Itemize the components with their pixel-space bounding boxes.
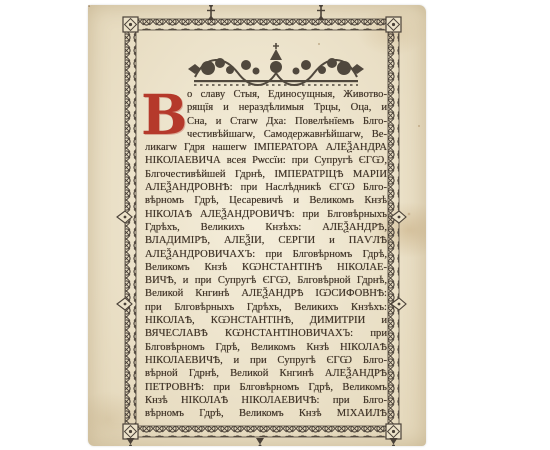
text-line: о славу Стыя, Единосущныя, Животво- xyxy=(145,88,387,101)
drop-ornament-icon xyxy=(256,438,264,446)
drop-ornament-icon xyxy=(390,438,398,446)
text-line: Блгочестивѣйшей Гдрнѣ, ІМПЕРАТРІЦѢ МАРІИ xyxy=(145,168,387,181)
text-line: честивѣйшагѡ, Самодержавнѣйшагѡ, Ве- xyxy=(145,128,387,141)
cross-finial-icon xyxy=(317,5,325,20)
text-line: при Блговѣрныхъ Гдрѣхъ, Великихъ Кнзѣхъ: xyxy=(145,301,387,314)
text-line: Великомъ Кнзѣ КѠНСТАНТІНѢ НІКОЛАЕ- xyxy=(145,261,387,274)
text-line: рящїя и нераздѣлимыя Трцы, Оца, и xyxy=(145,101,387,114)
text-line: Сна, и Стагѡ Дха: Повелѣнїемъ Блго- xyxy=(145,115,387,128)
text-line: Великой Кнгинѣ АЛЕѮАНДРѢ ІѠСИФОВНѢ: xyxy=(145,287,387,300)
text-line: ВЯЧЕСЛАВѢ КѠНСТАНТІНОВИЧАХЪ: при xyxy=(145,327,387,340)
drop-ornament-icon xyxy=(127,438,135,446)
text-block: о славу Стыя, Единосущныя, Животво- рящї… xyxy=(145,88,387,420)
text-line: НІКОЛАЕВИЧѢ, и при Супругѣ ЄГѠ Блго- xyxy=(145,354,387,367)
text-line: Гдрѣхъ, Великихъ Кнзѣхъ: АЛЕѮАНДРѢ, xyxy=(145,221,387,234)
book-page: В о славу Стыя, Единосущныя, Животво- ря… xyxy=(88,5,426,446)
corner-knot-icon xyxy=(386,17,401,32)
text-line: АЛЕѮАНДРОВИЧАХЪ: при Блговѣрномъ Гдрѣ, xyxy=(145,248,387,261)
text-line: ПЕТРОВНѢ: при Блговѣрномъ Гдрѣ, Великомъ xyxy=(145,381,387,394)
text-line: НІКОЛАѢ АЛЕѮАНДРОВИЧѢ: при Блговѣрныхъ xyxy=(145,208,387,221)
text-line: вѣрной Гдрнѣ, Великой Кнгинѣ АЛЕѮАНДРѢ xyxy=(145,367,387,380)
text-line: НІКОЛАЕВИЧА всея Рѡссїи: при Супругѣ ЄГѠ… xyxy=(145,154,387,167)
headpiece-ornament xyxy=(188,43,364,85)
text-line: Кнзѣ НІКОЛАѢ НІКОЛАЕВИЧѢ: при Блго- xyxy=(145,394,387,407)
text-line: вѣрномъ Гдрѣ, Великомъ Кнзѣ МІХАИЛѢ xyxy=(145,407,387,420)
text-line: НІКОЛАѢ, КѠНСТАНТІНѢ, ДИМИТРІИ и xyxy=(145,314,387,327)
text-line: вѣрномъ Гдрѣ, Цесаревичѣ и Великомъ Кнзѣ xyxy=(145,194,387,207)
text-line: ВИЧѢ, и при Супругѣ ЄГѠ, Блговѣрной Гдрн… xyxy=(145,274,387,287)
cross-finial-icon xyxy=(207,5,215,20)
text-line: Блговѣрномъ Гдрѣ, Великомъ Кнзѣ НІКОЛАѢ xyxy=(145,341,387,354)
corner-knot-icon xyxy=(123,17,138,32)
corner-knot-icon xyxy=(386,424,401,439)
corner-knot-icon xyxy=(123,424,138,439)
text-line: АЛЕѮАНДРОВНѢ: при Наслѣдникѣ ЄГѠ Блго- xyxy=(145,181,387,194)
text-line: ликагѡ Гдря нашегѡ ІМПЕРАТОРА АЛЕѮАНДРА xyxy=(145,141,387,154)
text-line: ВЛАДИМІРѢ, АЛЕѮІИ, СЕРГІИ и ПАѴЛѢ xyxy=(145,234,387,247)
